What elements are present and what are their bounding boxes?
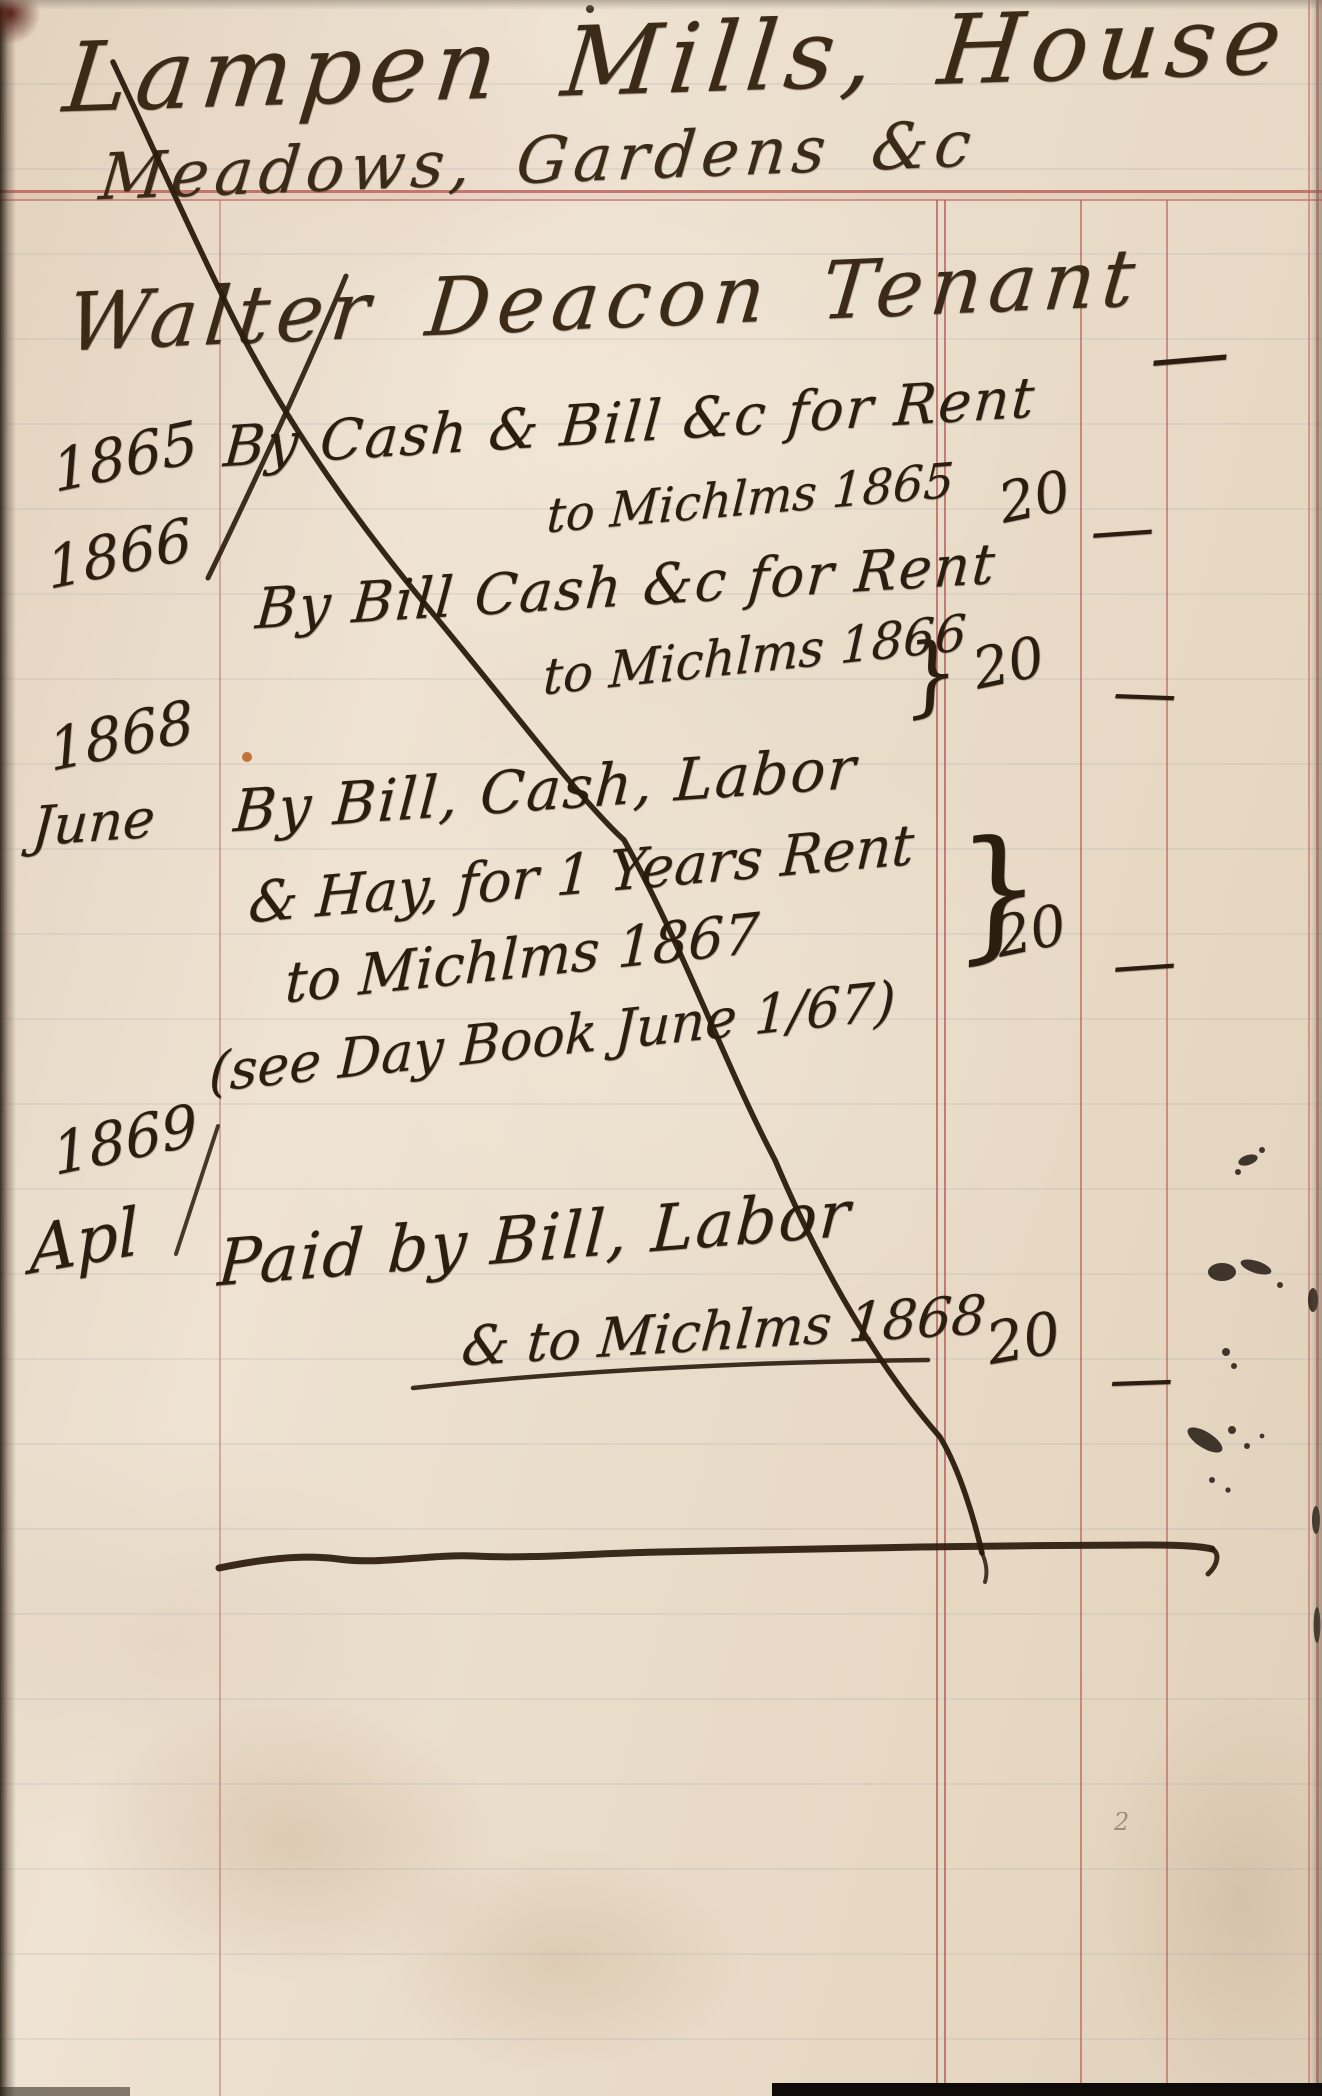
ink-speck: [1235, 1169, 1241, 1175]
diagonal-end-tail: [982, 1553, 986, 1582]
cross-out-main-diagonal-stroke: [113, 62, 982, 1553]
ledger-page: Lampen Mills, House Meadows, Gardens &c …: [0, 0, 1322, 2096]
ink-speck: [1259, 1147, 1265, 1153]
ink-blot: [1239, 1256, 1273, 1277]
ink-blot: [1208, 1263, 1236, 1281]
ink-speck: [1225, 1487, 1230, 1492]
ink-speck: [1209, 1477, 1215, 1483]
bottom-closing-rule-stroke: [219, 1545, 1212, 1568]
bottom-edge-dark-strip: [772, 2083, 1322, 2096]
top-edge-shadow: [0, 0, 1322, 10]
ink-speck: [1228, 1426, 1236, 1434]
ink-speck: [1222, 1348, 1230, 1356]
ink-speck: [1244, 1443, 1250, 1449]
ink-blot: [1237, 1152, 1259, 1168]
right-edge-shadow: [1310, 0, 1322, 2096]
stray-stroke-near-1869: [176, 1126, 218, 1254]
bottom-rule-end-hook: [1208, 1549, 1217, 1574]
bottom-left-edge-shadow: [0, 2087, 130, 2096]
cross-out-secondary-stroke: [208, 276, 346, 578]
ink-strokes-overlay: [0, 0, 1322, 2096]
binding-edge-shadow: [0, 0, 16, 2096]
orange-fleck: [242, 752, 252, 762]
entry-1869-strikethrough-stroke: [413, 1360, 928, 1388]
ink-speck: [1231, 1363, 1237, 1369]
ink-speck: [1260, 1434, 1265, 1439]
ink-speck: [1277, 1282, 1283, 1288]
ink-blot: [1184, 1423, 1226, 1458]
ink-blot-cluster-group: [586, 5, 1320, 1643]
